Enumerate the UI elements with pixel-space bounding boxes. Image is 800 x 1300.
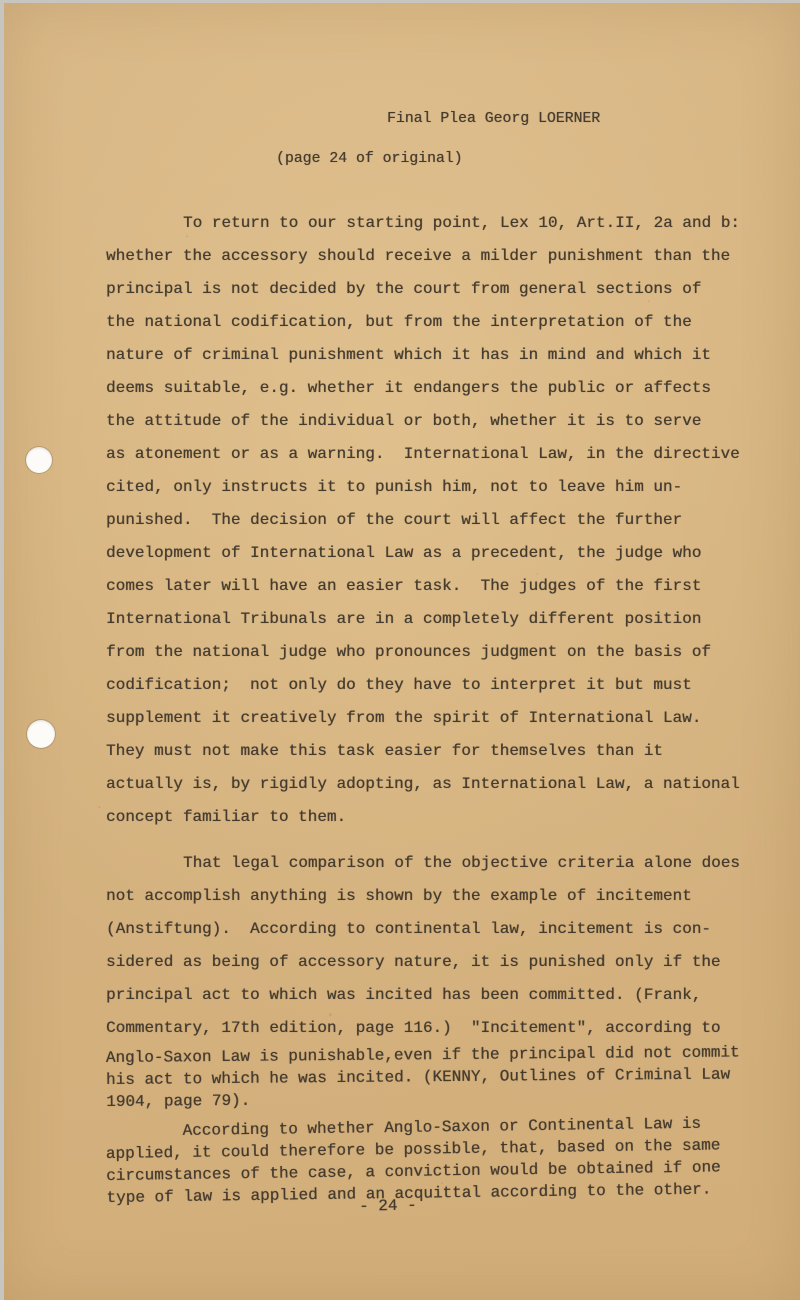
text-line: 1904, page 79).: [106, 1085, 786, 1113]
text-line: development of International Law as a pr…: [106, 537, 786, 570]
text-line: the national codification, but from the …: [106, 306, 786, 339]
page-number: - 24 -: [359, 1194, 417, 1217]
text-line: principal act to which was incited has b…: [106, 979, 786, 1012]
text-line: codification; not only do they have to i…: [106, 669, 786, 702]
text-line: from the national judge who pronounces j…: [106, 636, 786, 669]
text-line: They must not make this task easier for …: [106, 735, 786, 768]
document-subtitle: (page 24 of original): [276, 149, 462, 169]
punch-hole-bottom: [27, 720, 55, 748]
text-line: To return to our starting point, Lex 10,…: [106, 207, 786, 240]
text-line: principal is not decided by the court fr…: [106, 273, 786, 306]
document-body: To return to our starting point, Lex 10,…: [106, 207, 786, 1209]
text-line: as atonement or as a warning. Internatio…: [106, 438, 786, 471]
text-line: International Tribunals are in a complet…: [106, 603, 786, 636]
text-line: cited, only instructs it to punish him, …: [106, 471, 786, 504]
paper-sheet: Final Plea Georg LOERNER (page 24 of ori…: [4, 3, 800, 1300]
paragraph: That legal comparison of the objective c…: [106, 847, 786, 1045]
text-line: deems suitable, e.g. whether it endanger…: [106, 372, 786, 405]
text-line: concept familiar to them.: [106, 801, 786, 834]
text-line: Commentary, 17th edition, page 116.) "In…: [106, 1012, 786, 1045]
text-line: (Anstiftung). According to continental l…: [106, 913, 786, 946]
paragraph: Anglo-Saxon Law is punishable,even if th…: [106, 1041, 787, 1113]
scanned-document-page: { "colors": { "paper": "#d6b584", "ink":…: [0, 0, 800, 1300]
text-line: punished. The decision of the court will…: [106, 504, 786, 537]
paragraph: To return to our starting point, Lex 10,…: [106, 207, 786, 834]
text-line: That legal comparison of the objective c…: [106, 847, 786, 880]
text-line: actually is, by rigidly adopting, as Int…: [106, 768, 786, 801]
text-line: the attitude of the individual or both, …: [106, 405, 786, 438]
text-line: supplement it creatively from the spirit…: [106, 702, 786, 735]
document-title: Final Plea Georg LOERNER: [387, 109, 600, 129]
paragraph: According to whether Anglo-Saxon or Cont…: [105, 1112, 786, 1209]
text-line: whether the accessory should receive a m…: [106, 240, 786, 273]
text-line: comes later will have an easier task. Th…: [106, 570, 786, 603]
text-line: not accomplish anything is shown by the …: [106, 880, 786, 913]
text-line: sidered as being of accessory nature, it…: [106, 946, 786, 979]
text-line: nature of criminal punishment which it h…: [106, 339, 786, 372]
punch-hole-top: [26, 447, 52, 473]
